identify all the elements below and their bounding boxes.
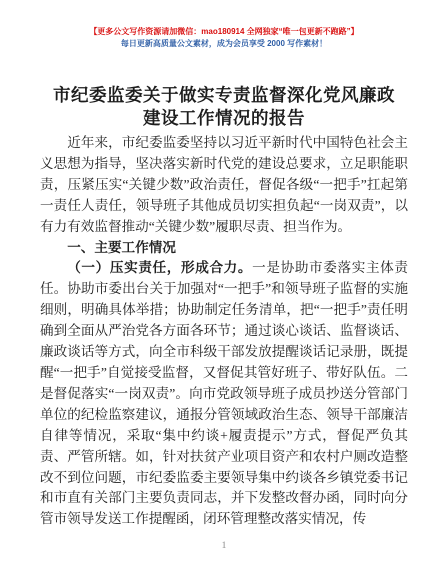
text-segment: 近年来，市纪委监委坚持以习近平新时代中国特色社会主义思想为指导，坚决落实新时代党… [40, 135, 408, 234]
bold-text-segment: （一）压实责任，形成合力。 [67, 260, 252, 275]
section-heading: 一、主要工作情况 [40, 238, 408, 259]
bold-text-segment: 一、主要工作情况 [67, 240, 176, 255]
document-page: 【更多公文写作资源请加微信：mao180914 全网独家“唯一包更新不跑路”】 … [0, 0, 448, 580]
document-title: 市纪委监委关于做实专责监督深化党风廉政建设工作情况的报告 [48, 84, 400, 130]
page-number: 1 [0, 541, 448, 551]
document-body: 近年来，市纪委监委坚持以习近平新时代中国特色社会主义思想为指导，坚决落实新时代党… [40, 133, 408, 530]
text-segment: 一是协助市委落实主体责任。协助市委出台关于加强对“一把手”和领导班子监督的实施细… [40, 260, 408, 526]
promo-banner-line2: 每日更新高质量公文素材，成为会员享受 2000 写作素材！ [0, 38, 448, 49]
paragraph: 近年来，市纪委监委坚持以习近平新时代中国特色社会主义思想为指导，坚决落实新时代党… [40, 133, 408, 238]
promo-banner-line1: 【更多公文写作资源请加微信：mao180914 全网独家“唯一包更新不跑路”】 [0, 26, 448, 37]
paragraph: （一）压实责任，形成合力。一是协助市委落实主体责任。协助市委出台关于加强对“一把… [40, 258, 408, 530]
